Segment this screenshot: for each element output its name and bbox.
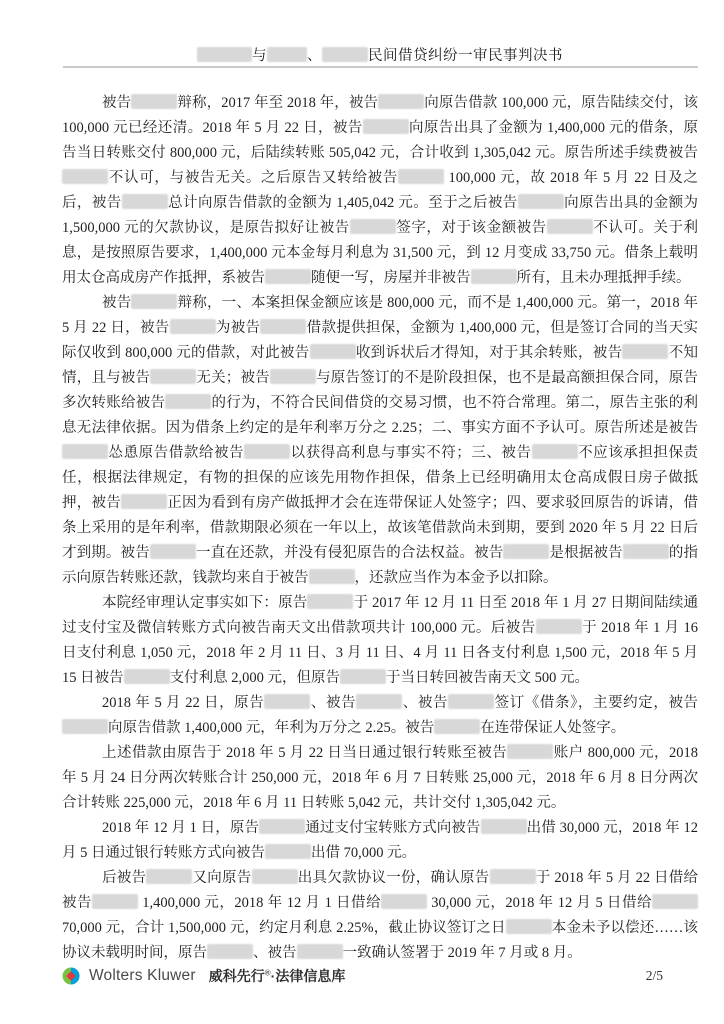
redacted-text [150,369,196,384]
paragraph: 本院经审理认定事实如下：原告于 2017 年 12 月 11 日至 2018 年… [62,591,698,691]
redacted-text [532,444,578,459]
redacted-text [398,169,444,184]
redacted-text [92,894,138,909]
redacted-text [265,269,311,284]
redacted-text [481,819,527,834]
redacted-text [340,669,386,684]
paragraph: 被告辩称，2017 年至 2018 年，被告向原告借款 100,000 元，原告… [62,91,698,291]
redacted-text [309,569,355,584]
library-name: 法律信息库 [275,968,345,984]
redacted-text [350,219,396,234]
redacted-text [267,47,307,62]
redacted-text [62,719,108,734]
redacted-text [297,944,343,959]
title-divider [63,66,698,68]
paragraph: 后被告又向原告出具欠款协议一份，确认原告于 2018 年 5 月 22 日借给被… [62,866,698,966]
redacted-text [622,344,668,359]
redacted-text [310,344,356,359]
redacted-text [490,869,536,884]
redacted-text [131,294,177,309]
redacted-text [623,544,669,559]
redacted-text [356,694,402,709]
product-name-text: 威科先行 [209,968,265,984]
redacted-text [270,369,316,384]
document-title: 与、民间借贷纠纷一审民事判决书 [62,47,698,65]
redacted-text [547,219,593,234]
redacted-text [150,544,196,559]
redacted-text [62,169,108,184]
redacted-text [252,869,298,884]
judgment-document-page: 与、民间借贷纠纷一审民事判决书 被告辩称，2017 年至 2018 年，被告向原… [0,0,724,1024]
redacted-text [307,594,353,609]
redacted-text [121,494,167,509]
redacted-text [378,94,424,109]
redacted-text [165,394,211,409]
redacted-text [265,844,311,859]
page-footer: Wolters Kluwer 威科先行®·法律信息库 2/5 [62,966,663,986]
redacted-text [507,744,553,759]
redacted-text [197,47,252,62]
paragraph: 2018 年 12 月 1 日，原告通过支付宝转账方式向被告出借 30,000 … [62,816,698,866]
redacted-text [381,894,427,909]
wolters-kluwer-logo-icon [62,967,80,985]
redacted-text [434,719,480,734]
redacted-text [259,819,305,834]
redacted-text [62,444,108,459]
redacted-text [322,47,368,62]
redacted-text [122,194,168,209]
paragraph: 2018 年 5 月 22 日，原告、被告、被告签订《借条》，主要约定，被告向原… [62,691,698,741]
redacted-text [207,944,253,959]
redacted-text [503,544,549,559]
redacted-text [448,694,494,709]
redacted-text [264,694,310,709]
redacted-text [131,94,177,109]
redacted-text [652,894,698,909]
product-name: 威科先行®·法律信息库 [209,966,346,986]
paragraph: 上述借款由原告于 2018 年 5 月 22 日当日通过银行转账至被告账户 80… [62,741,698,816]
redacted-text [536,619,582,634]
redacted-text [363,119,409,134]
document-body: 被告辩称，2017 年至 2018 年，被告向原告借款 100,000 元，原告… [62,91,698,966]
redacted-text [471,269,517,284]
page-indicator: 2/5 [646,968,663,984]
brand-name: Wolters Kluwer [89,967,196,985]
redacted-text [260,319,306,334]
redacted-text [506,919,552,934]
paragraph: 被告辩称，一、本案担保金额应该是 800,000 元，而不是 1,400,000… [62,291,698,591]
redacted-text [518,194,564,209]
redacted-text [170,319,216,334]
redacted-text [244,444,290,459]
redacted-text [146,869,192,884]
redacted-text [124,669,170,684]
brand-lockup: Wolters Kluwer 威科先行®·法律信息库 [62,966,345,986]
